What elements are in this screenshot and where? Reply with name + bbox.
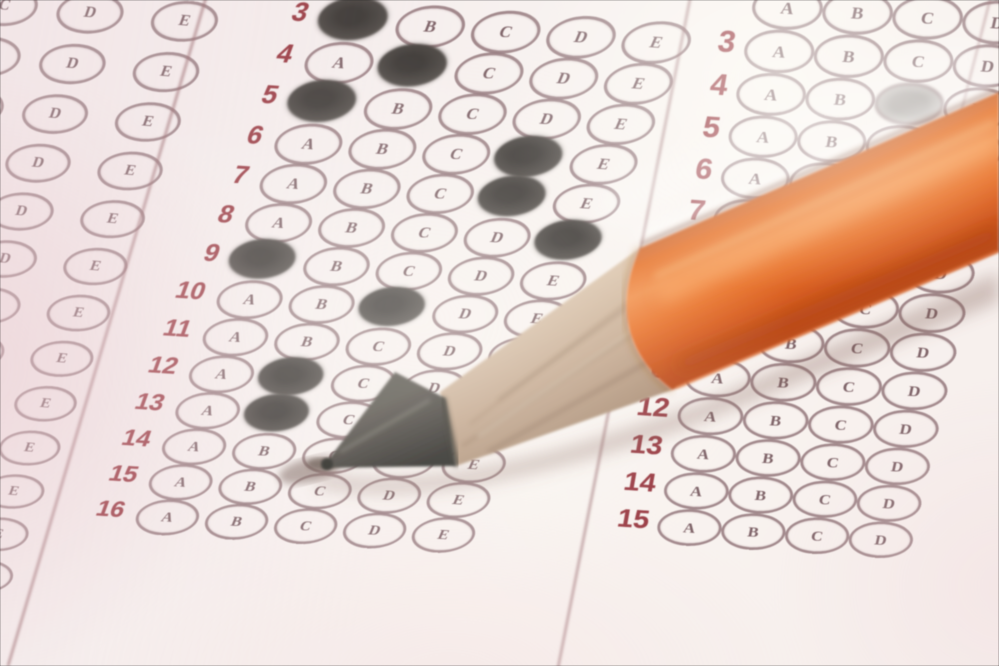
bubble-letter: C — [297, 518, 314, 534]
bubble-letter: A — [172, 474, 189, 490]
bubble-letter: D — [0, 251, 13, 267]
bubble-letter: E — [0, 527, 5, 542]
bubble-letter: B — [389, 100, 407, 119]
bubble-letter: C — [369, 338, 387, 355]
bubble-letter: C — [311, 483, 329, 499]
bubble-letter: A — [241, 291, 259, 309]
bubble-letter: C — [892, 136, 909, 156]
bubble-letter: A — [227, 329, 245, 346]
bubble-letter: C — [496, 22, 516, 41]
bubble-letter: A — [763, 84, 780, 104]
bubble-letter: D — [960, 141, 977, 161]
bubble-letter: A — [689, 482, 704, 500]
bubble-letter: A — [696, 445, 711, 463]
bubble-letter: D — [924, 304, 940, 323]
bubble-letter: A — [299, 135, 318, 154]
photo-omr-answer-sheet: CDECDECDECDECDECDECDECDECDECDECDECDECDE … — [0, 0, 999, 666]
bubble-letter: D — [64, 55, 81, 72]
bubble-letter: B — [807, 214, 822, 233]
bubble-letter: B — [776, 373, 791, 391]
bubble-letter: A — [199, 402, 217, 419]
bubble-letter: A — [710, 369, 726, 387]
bubble-letter: B — [761, 449, 776, 467]
bubble-letter: D — [942, 223, 959, 242]
bubble-letter: D — [410, 416, 428, 433]
bubble-letter: D — [13, 203, 30, 220]
bubble-letter: A — [779, 0, 796, 18]
bubble-letter: D — [488, 229, 507, 247]
bubble-letter: B — [824, 131, 840, 151]
bubble-letter: B — [421, 17, 440, 36]
bubble-letter: D — [537, 110, 557, 129]
bubble-letter: B — [242, 479, 259, 495]
bubble-letter: D — [898, 420, 914, 438]
bubble-letter: A — [771, 41, 788, 62]
bubble-letter: A — [284, 175, 303, 193]
bubble-letter: D — [81, 4, 98, 22]
bubble-letter: B — [784, 334, 799, 353]
bubble-letter: D — [395, 452, 413, 469]
bubble-letter: A — [717, 330, 733, 349]
bubble-letter: C — [415, 224, 434, 242]
bubble-letter: C — [866, 259, 882, 278]
bubble-letter: D — [906, 382, 922, 400]
bubble-letter: C — [849, 339, 865, 358]
bubble-letter: C — [431, 185, 450, 203]
bubble-letter: A — [740, 210, 756, 230]
bubble-letter: B — [313, 296, 330, 314]
bubble-letter: B — [746, 523, 760, 540]
bubble-letter: D — [30, 155, 47, 172]
bubble-letter: B — [256, 443, 273, 460]
bubble-letter: C — [463, 105, 482, 124]
bubble-letter: D — [366, 522, 384, 538]
bubble-letter: A — [269, 214, 287, 232]
bubble-letter: B — [816, 173, 831, 193]
bubble-letter: C — [910, 51, 927, 72]
bubble-letter: A — [329, 54, 348, 73]
bubble-letter: C — [817, 490, 833, 508]
bubble-letter: C — [874, 219, 890, 238]
bubble-letter: D — [873, 531, 889, 548]
bubble-letter: D — [440, 343, 458, 360]
bubble-letter: B — [298, 333, 315, 350]
bubble-letter: C — [883, 178, 900, 198]
bubble-letter: B — [841, 46, 857, 67]
bubble-letter: B — [228, 514, 244, 530]
bubble-letter: E — [496, 384, 514, 401]
bubble-letter: A — [703, 407, 718, 425]
bubble-letter: C — [833, 416, 849, 434]
bubble-letter: D — [933, 264, 950, 283]
bubble-letter: C — [809, 527, 824, 544]
bubble-letter: D — [425, 380, 443, 397]
bubble-letter: A — [682, 519, 697, 536]
bubble-letter: B — [343, 219, 361, 237]
bubble-letter: D — [979, 56, 996, 77]
bubble-letter: D — [989, 12, 999, 33]
bubble-letter: A — [747, 169, 763, 189]
bubble-letter: D — [881, 495, 897, 513]
bubble-letter: B — [373, 140, 391, 159]
bubble-letter: B — [799, 255, 814, 274]
bubble-letter: D — [456, 305, 475, 323]
bubble-letter: A — [732, 250, 748, 269]
bubble-letter: B — [768, 411, 783, 429]
bubble-letter: C — [825, 453, 841, 471]
bubble-letter: C — [340, 412, 358, 429]
bubble-letter: B — [358, 180, 376, 198]
bubble-letter: C — [479, 64, 499, 83]
bubble-letter: C — [0, 0, 13, 15]
bubble-letter: C — [857, 299, 873, 318]
bubble-letter: B — [328, 258, 345, 276]
bubble-letter: E — [450, 492, 467, 508]
bubble-letter: C — [325, 448, 343, 465]
bubble-letter: D — [47, 106, 64, 123]
bubble-letter: D — [951, 182, 968, 202]
bubble-letter: B — [754, 486, 768, 504]
bubble-letter: D — [380, 488, 398, 504]
bubble-letter: E — [435, 527, 452, 543]
bubble-letter: A — [159, 509, 176, 525]
bubble-letter: C — [919, 7, 936, 28]
bubble-letter: D — [472, 267, 491, 285]
bubble-letter: A — [725, 290, 741, 309]
bubble-letter: B — [832, 89, 848, 109]
bubble-letter: A — [213, 366, 231, 383]
bubble-letter: E — [465, 457, 482, 474]
bubble-letter: D — [890, 457, 906, 475]
bubble-letter: C — [354, 375, 372, 392]
bubble-letter: E — [480, 421, 497, 438]
bubble-letter: A — [755, 127, 771, 147]
bubble-letter: B — [792, 295, 807, 314]
bubble-letter: D — [915, 343, 931, 362]
bubble-letter: A — [185, 439, 202, 456]
bubble-letter: C — [447, 145, 466, 164]
bubble-letter: C — [400, 262, 419, 280]
bubble-letter: B — [850, 2, 866, 23]
bubble-letter: D — [970, 99, 987, 119]
bubble-letter: C — [841, 377, 857, 395]
